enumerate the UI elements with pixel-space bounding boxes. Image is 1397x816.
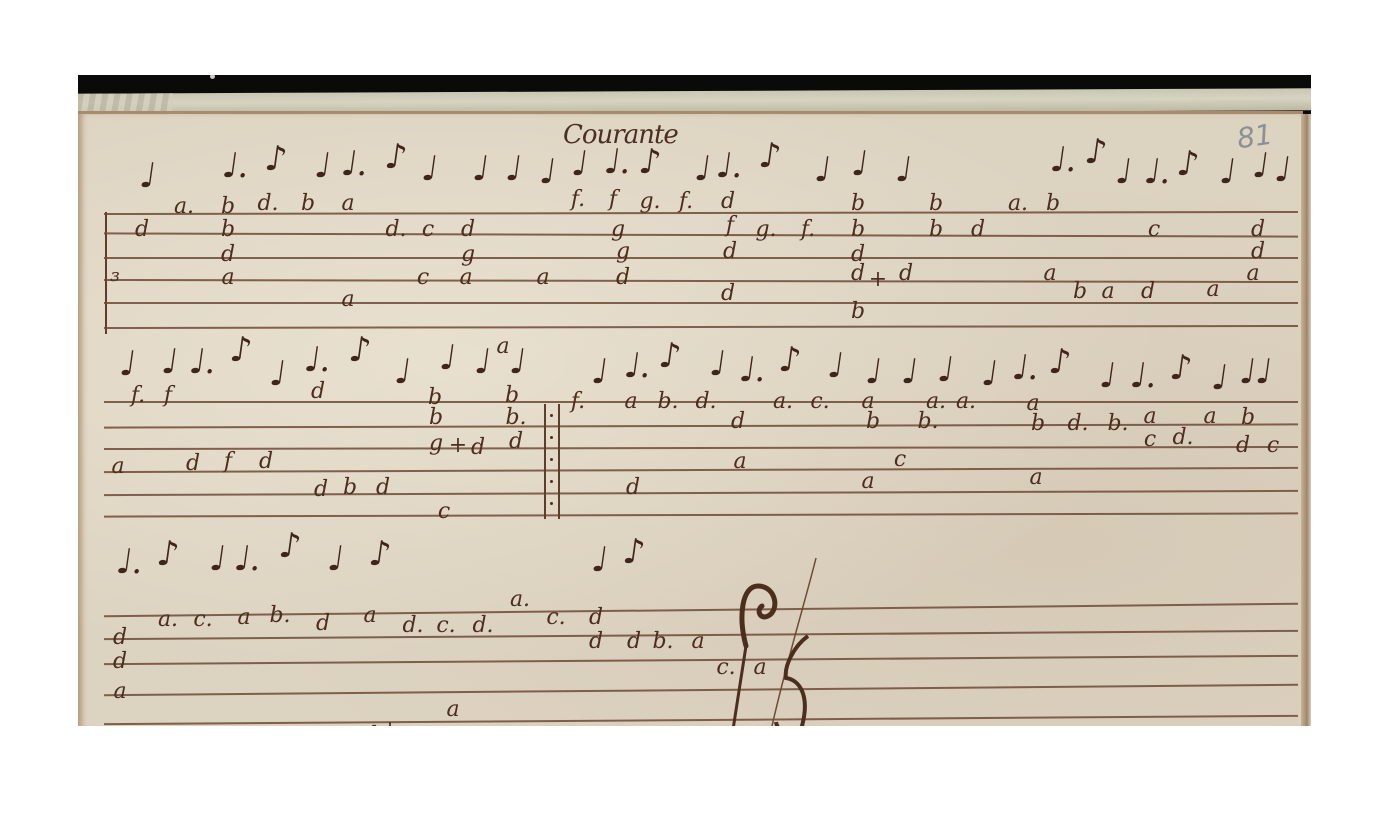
tab-letter: f <box>224 451 232 473</box>
tab-letter: a <box>113 681 126 703</box>
tab-letter: b. <box>1107 413 1128 435</box>
tab-letter: d. <box>1172 427 1193 449</box>
tab-letter: d. <box>385 219 406 241</box>
tab-letter: b <box>1046 193 1060 215</box>
tab-letter: b <box>1073 281 1087 303</box>
tab-letter: b <box>221 219 235 241</box>
rhythm-sign: ♩ <box>1218 155 1239 189</box>
rhythm-sign: ♩ <box>504 152 525 186</box>
staff-line <box>104 232 1298 237</box>
rhythm-sign: ♪ <box>155 537 181 571</box>
tab-letter: f <box>609 189 617 211</box>
tab-letter: d <box>135 219 149 241</box>
tab-letter: d <box>1141 281 1155 303</box>
rhythm-sign: ♩ <box>1098 359 1119 393</box>
rhythm-sign: ♩. <box>714 149 746 183</box>
rhythm-sign: ♪ <box>757 139 783 173</box>
tab-letter: a <box>1029 467 1042 489</box>
tab-letter: d <box>363 725 377 726</box>
tab-letter: b <box>851 219 865 241</box>
tab-letter: f <box>726 215 734 237</box>
tab-letter: d <box>627 631 641 653</box>
rhythm-sign: ♩ <box>1251 149 1272 183</box>
tab-letter: g <box>429 433 443 455</box>
tab-letter: a <box>111 456 124 478</box>
rhythm-sign: ♪ <box>637 145 663 179</box>
rhythm-sign: ♪ <box>621 535 647 569</box>
rhythm-sign: ♩ <box>693 152 714 186</box>
tab-letter: c. <box>810 391 829 413</box>
rhythm-sign: ♩. <box>232 542 264 576</box>
tab-letter: a <box>624 391 637 413</box>
tab-letter: a <box>861 471 874 493</box>
staff-line <box>104 279 1298 283</box>
scanned-page: Courante 81 ♩ ♩. ♪ ♩ ♩. ♪ ♩ ♩ ♩ ♩ ♩ ♩. ♪… <box>78 75 1311 726</box>
tab-letter: + <box>381 719 399 726</box>
rhythm-sign: ♩ <box>1114 155 1135 189</box>
rhythm-sign: ♩ <box>864 355 885 389</box>
rhythm-sign: ♩ <box>471 152 492 186</box>
rhythm-sign: ♩ <box>980 357 1001 391</box>
tab-letter: d <box>1236 435 1250 457</box>
tab-letter: d <box>113 651 127 673</box>
tab-letter: f. <box>801 219 815 241</box>
tab-letter: b <box>851 193 865 215</box>
page-edge <box>1301 114 1311 726</box>
tab-letter: c. <box>193 609 212 631</box>
tab-letter: a <box>221 267 234 289</box>
tab-letter: b <box>1241 407 1255 429</box>
rhythm-sign: ♩ <box>508 345 529 379</box>
tab-letter: b <box>1031 413 1045 435</box>
tab-letter: a. <box>956 391 976 413</box>
tab-letter: b <box>929 219 943 241</box>
tab-letter: d. <box>257 193 278 215</box>
tab-letter: g <box>616 241 630 263</box>
tab-letter: d <box>461 219 475 241</box>
tab-letter: a. <box>510 589 530 611</box>
tab-letter: g. <box>639 191 660 213</box>
rhythm-sign: ♩ <box>326 542 347 576</box>
rhythm-sign: ♪ <box>383 140 409 174</box>
tab-letter: d <box>311 381 325 403</box>
staff-line <box>104 257 1298 259</box>
tab-letter: a <box>341 289 354 311</box>
tab-letter: d <box>314 479 328 501</box>
tab-letter: b. <box>917 411 938 433</box>
rhythm-sign: ♩ <box>826 349 847 383</box>
rhythm-sign: ♩ <box>420 152 441 186</box>
rhythm-sign: ♪ <box>367 537 393 571</box>
tab-letter: d <box>589 631 603 653</box>
rhythm-sign: ♩ <box>393 355 414 389</box>
rhythm-sign: ♩. <box>737 353 769 387</box>
tab-letter: c <box>1148 219 1160 241</box>
rhythm-sign: ♩. <box>114 545 146 579</box>
tab-letter: a <box>1246 263 1259 285</box>
rhythm-sign: ♩. <box>602 145 634 179</box>
tab-letter: a <box>446 699 459 721</box>
tab-letter: b <box>301 193 315 215</box>
rhythm-sign: ♩ <box>813 153 834 187</box>
rhythm-sign: ♩ <box>138 159 159 193</box>
rhythm-sign: ♩. <box>622 349 654 383</box>
tab-letter: d <box>723 241 737 263</box>
tab-letter: b. <box>652 631 673 653</box>
rhythm-sign: ♩. <box>302 343 334 377</box>
rhythm-sign: ♩ <box>590 355 611 389</box>
staff-line <box>104 302 1298 304</box>
staff-line <box>104 655 1298 665</box>
tab-letter: a <box>1101 281 1114 303</box>
staff-line <box>104 715 1298 725</box>
rhythm-sign: ♩ <box>118 347 139 381</box>
system-start-bar <box>105 212 107 334</box>
tab-letter: b <box>221 196 235 218</box>
rhythm-sign: ♪ <box>657 339 683 373</box>
tab-letter: d <box>1251 219 1265 241</box>
tab-letter: d <box>626 477 640 499</box>
tab-letter: a <box>459 267 472 289</box>
tab-letter: a <box>536 267 549 289</box>
tab-letter: d <box>851 263 865 285</box>
rhythm-sign: ♩ <box>1273 153 1294 187</box>
rhythm-sign: ♩ <box>313 149 334 183</box>
rhythm-sign: ♩ <box>1210 361 1231 395</box>
tab-letter: b <box>505 385 519 407</box>
rhythm-sign: ♪ <box>228 333 254 367</box>
staff-line <box>104 446 1298 450</box>
rhythm-sign: ♩ <box>894 153 915 187</box>
rhythm-sign: ♩. <box>1128 359 1160 393</box>
tab-letter: b. <box>657 391 678 413</box>
tab-letter: g <box>611 219 625 241</box>
rhythm-sign: ♩. <box>1048 143 1080 177</box>
tab-letter: d. <box>695 391 716 413</box>
tab-letter: a. <box>773 391 793 413</box>
tab-letter: d <box>316 613 330 635</box>
tab-letter: + <box>869 269 887 291</box>
tab-letter: a <box>1203 406 1216 428</box>
tab-letter: b <box>866 411 880 433</box>
tab-letter: f. <box>571 391 585 413</box>
tab-letter: c <box>438 501 450 523</box>
tab-letter: a. <box>1008 193 1028 215</box>
tab-letter: d <box>186 453 200 475</box>
rhythm-sign: ♩ <box>850 147 871 181</box>
tab-letter: a <box>1043 263 1056 285</box>
rhythm-sign: ♩ <box>708 347 729 381</box>
tab-letter: c <box>894 449 906 471</box>
rhythm-sign: ♪ <box>277 529 303 563</box>
rhythm-sign: ♩ <box>900 355 921 389</box>
rhythm-sign: ♩. <box>220 149 252 183</box>
staff-line <box>104 512 1298 517</box>
rhythm-sign: ♩ <box>538 155 559 189</box>
rhythm-sign: ♩. <box>339 147 371 181</box>
tab-letter: b <box>429 407 443 429</box>
tab-letter: d <box>1251 241 1265 263</box>
rhythm-sign: ♩ <box>438 341 459 375</box>
tab-letter: a <box>496 336 509 358</box>
tab-letter: g <box>461 244 475 266</box>
tab-letter: f. <box>571 189 585 211</box>
rhythm-sign: ♩ <box>473 345 494 379</box>
tab-letter: f. <box>131 385 145 407</box>
tab-letter: a <box>237 607 250 629</box>
tab-letter: a <box>691 631 704 653</box>
tab-letter: c <box>417 267 429 289</box>
tab-letter: a. <box>158 609 178 631</box>
tab-letter: b <box>929 193 943 215</box>
rhythm-sign: ♩. <box>1142 155 1174 189</box>
rhythm-sign: ♩. <box>1010 351 1042 385</box>
tab-letter: b. <box>269 605 290 627</box>
tab-letter: b. <box>505 407 526 429</box>
tab-letter: a <box>341 193 354 215</box>
rhythm-sign: ♩ <box>570 147 591 181</box>
tab-letter: d <box>971 219 985 241</box>
rhythm-sign: ♩♩ <box>1238 355 1275 389</box>
tab-letter: b <box>851 301 865 323</box>
tab-letter: f. <box>679 191 693 213</box>
tab-letter: + <box>449 435 467 457</box>
rhythm-sign: ♪ <box>263 142 289 176</box>
tab-letter: d. <box>402 615 423 637</box>
tab-letter: a <box>363 605 376 627</box>
rhythm-sign: ♪ <box>1083 135 1109 169</box>
manuscript-page: Courante 81 ♩ ♩. ♪ ♩ ♩. ♪ ♩ ♩ ♩ ♩ ♩ ♩. ♪… <box>78 111 1303 726</box>
tab-letter: d <box>259 451 273 473</box>
tab-letter: c <box>422 219 434 241</box>
tab-letter: a <box>733 451 746 473</box>
tab-letter: c. <box>436 615 455 637</box>
rhythm-sign: ♩. <box>187 345 219 379</box>
tab-letter: a <box>1143 406 1156 428</box>
tab-letter: d <box>509 431 523 453</box>
staff-line <box>104 684 1298 696</box>
tab-letter: c <box>1144 429 1156 451</box>
rhythm-sign: ♩ <box>590 543 611 577</box>
rhythm-sign: ♪ <box>777 343 803 377</box>
staff-line <box>104 211 1298 215</box>
tab-letter: d <box>731 411 745 433</box>
tab-letter: f <box>164 385 172 407</box>
tab-letter: d <box>589 607 603 629</box>
rhythm-sign: ♪ <box>347 333 373 367</box>
tab-letter: d <box>721 283 735 305</box>
tab-letter: d <box>221 244 235 266</box>
tab-letter: a <box>1206 279 1219 301</box>
tab-letter: d. <box>472 615 493 637</box>
tab-letter: d <box>113 627 127 649</box>
tab-letter: c <box>1267 435 1279 457</box>
repeat-barline <box>544 404 560 519</box>
tab-letter: g. <box>755 219 776 241</box>
staff-line <box>104 325 1298 329</box>
tab-letter: d <box>721 191 735 213</box>
rhythm-sign-flag: ɜ <box>110 267 119 285</box>
rhythm-sign: ♪ <box>1047 345 1073 379</box>
tab-letter: b <box>343 477 357 499</box>
staff-line <box>104 467 1298 473</box>
tab-letter: d <box>899 263 913 285</box>
staff-line <box>104 490 1298 496</box>
rhythm-sign: ♪ <box>1168 351 1194 385</box>
paper-spot <box>210 75 215 79</box>
rhythm-sign: ♩ <box>208 542 229 576</box>
rhythm-sign: ♩ <box>160 345 181 379</box>
final-flourish-icon <box>718 546 818 726</box>
tab-letter: d <box>616 267 630 289</box>
tab-letter: a. <box>174 196 194 218</box>
tab-letter: d <box>471 437 485 459</box>
tab-letter: d <box>376 477 390 499</box>
rhythm-sign: ♩ <box>936 353 957 387</box>
tab-letter: c. <box>546 607 565 629</box>
tab-letter: d. <box>1067 413 1088 435</box>
rhythm-sign: ♩ <box>268 357 289 391</box>
rhythm-sign: ♪ <box>1175 147 1201 181</box>
